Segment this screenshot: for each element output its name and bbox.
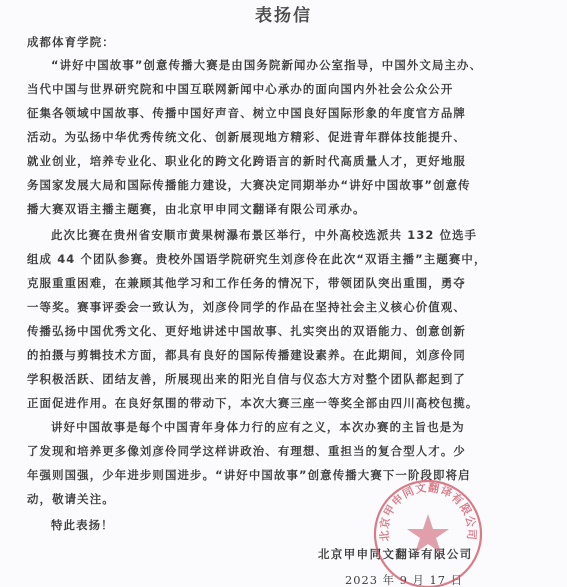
paragraph-3-line: 了发现和培养更多像刘彦伶同学这样讲政治、有理想、重担当的复合型人才。少 [27, 444, 521, 458]
paragraph-1-line: 征集各领域中国故事、传播中国好声音、树立中国良好国际形象的年度官方品牌 [27, 106, 521, 120]
paragraph-3-line: 讲好中国故事是每个中国青年身体力行的应有之义，本次办赛的主旨也是为 [51, 420, 521, 434]
salutation: 成都体育学院： [27, 35, 521, 49]
svg-text:北京甲申同文翻译有限公司: 北京甲申同文翻译有限公司 [377, 480, 479, 542]
signature-company: 北京甲申同文翻译有限公司 [318, 546, 473, 562]
paragraph-3-line: 年强则国强，少年进步则国进步。“讲好中国故事”创意传播大赛下一阶段即将启 [27, 468, 521, 482]
paragraph-2-line: 一等奖。赛事评委会一致认为，刘彦伶同学的作品在坚持社会主义核心价值观、 [27, 300, 521, 314]
paragraph-2-line: 的拍摄与剪辑技术方面，都具有良好的国际传播建设素养。在此期间，刘彦伶同 [27, 348, 521, 362]
paragraph-2-line: 学积极活跃、团结友善，所展现出来的阳光自信与仪态大方对整个团队都起到了 [27, 372, 521, 386]
paragraph-1-line: 当代中国与世界研究院和中国互联网新闻中心承办的面向国内外社会公众公开 [27, 82, 521, 96]
paragraph-2-line: 传播弘扬中国优秀文化、更好地讲述中国故事、扎实突出的双语能力、创意创新 [27, 324, 521, 338]
paragraph-1-line: 就业创业，培养专业化、职业化的跨文化跨语言的新时代高质量人才，更好地服 [27, 154, 521, 168]
paragraph-1-line: 务国家发展大局和国际传播能力建设，大赛决定同期举办“讲好中国故事”创意传 [27, 178, 521, 192]
paragraph-2-line: 克服重重困难，在兼顾其他学习和工作任务的情况下，带领团队突出重围，勇夺 [27, 276, 521, 290]
paragraph-1-line: 活动。为弘扬中华优秀传统文化、创新展现地方精彩、促进青年群体技能提升、 [27, 130, 521, 144]
paragraph-2-line: 组成 44 个团队参赛。贵校外国语学院研究生刘彦伶在此次“双语主播”主题赛中， [27, 252, 521, 266]
paragraph-2-line: 正面促进作用。在良好氛围的带动下，本次大赛三座一等奖全部由四川高校包揽。 [27, 396, 521, 410]
signature-date: 2023 年 9 月 17 日 [345, 572, 463, 587]
document-title: 表扬信 [0, 1, 567, 26]
paragraph-1-line: “讲好中国故事”创意传播大赛是由国务院新闻办公室指导，中国外文局主办、 [51, 58, 521, 72]
closing-text: 特此表扬！ [51, 518, 521, 532]
paragraph-3-line: 动，敬请关注。 [27, 492, 521, 506]
paragraph-1-line: 播大赛双语主播主题赛，由北京甲申同文翻译有限公司承办。 [27, 202, 521, 216]
paragraph-2-line: 此次比赛在贵州省安顺市黄果树瀑布景区举行，中外高校选派共 132 位选手 [51, 228, 521, 242]
